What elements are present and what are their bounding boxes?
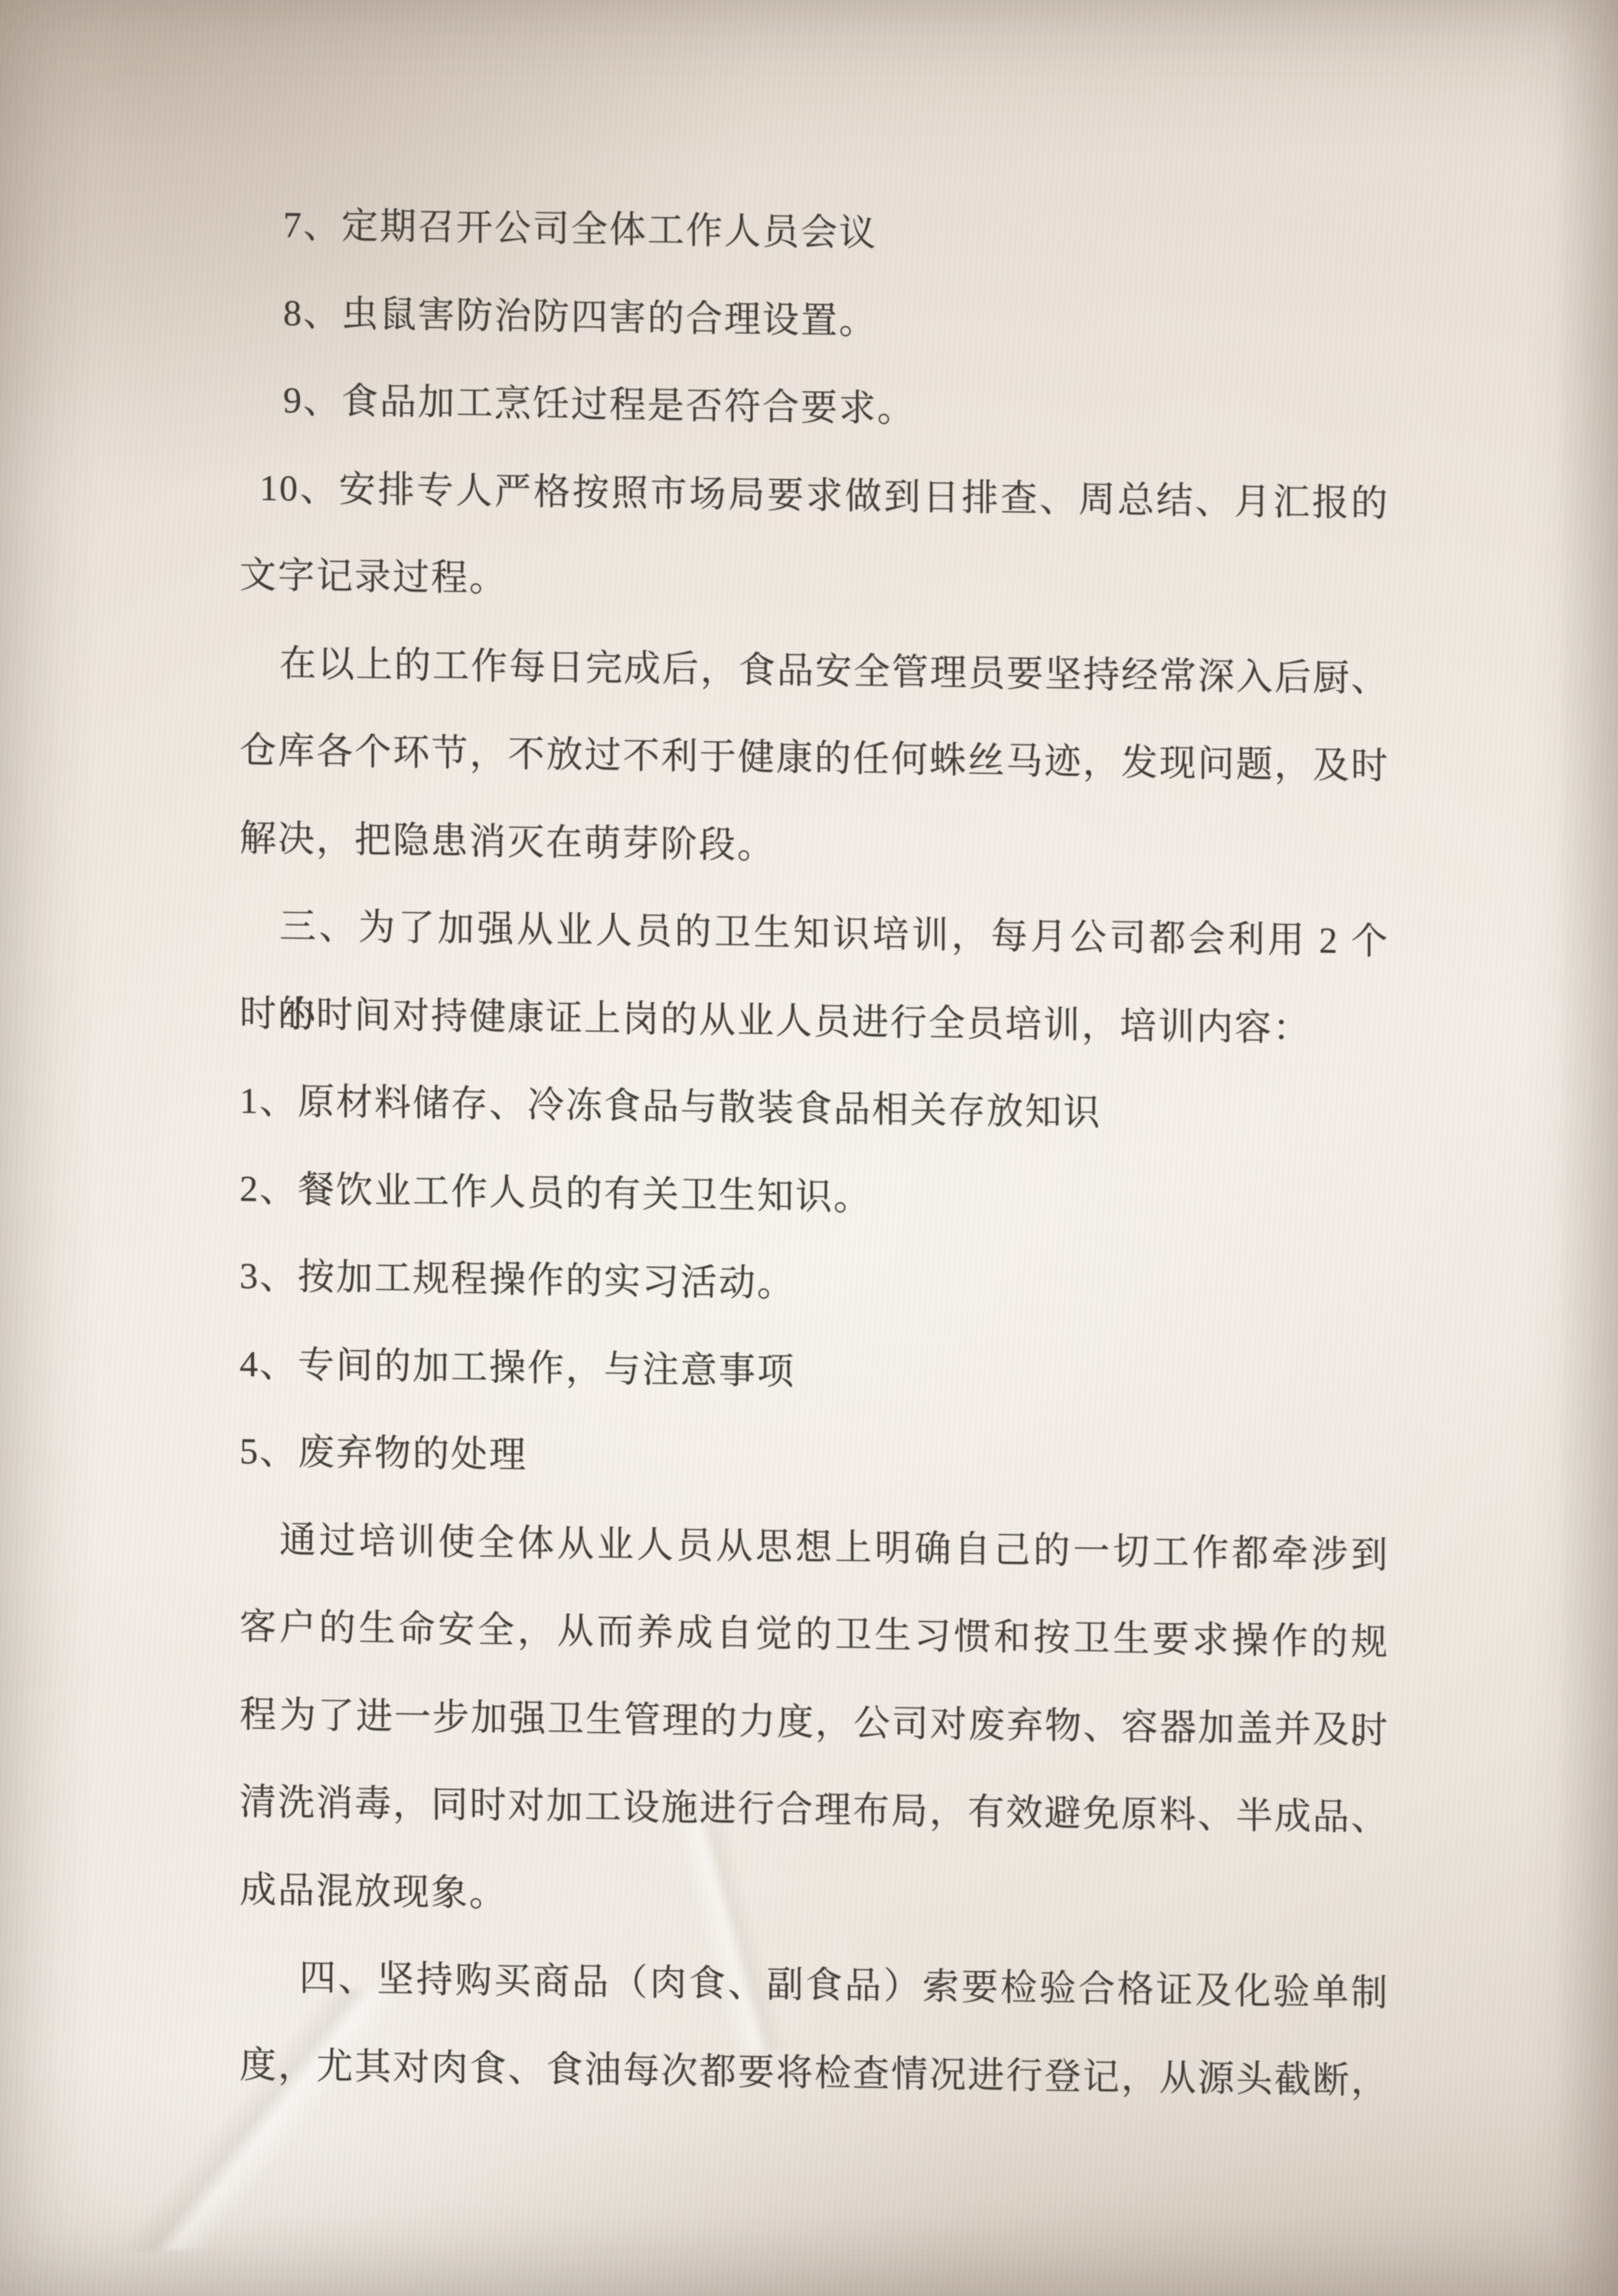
photographed-document-page: 7、定期召开公司全体工作人员会议8、虫鼠害防治防四害的合理设置。9、食品加工烹饪… bbox=[0, 0, 1618, 2296]
photo-vignette bbox=[0, 0, 1618, 2296]
